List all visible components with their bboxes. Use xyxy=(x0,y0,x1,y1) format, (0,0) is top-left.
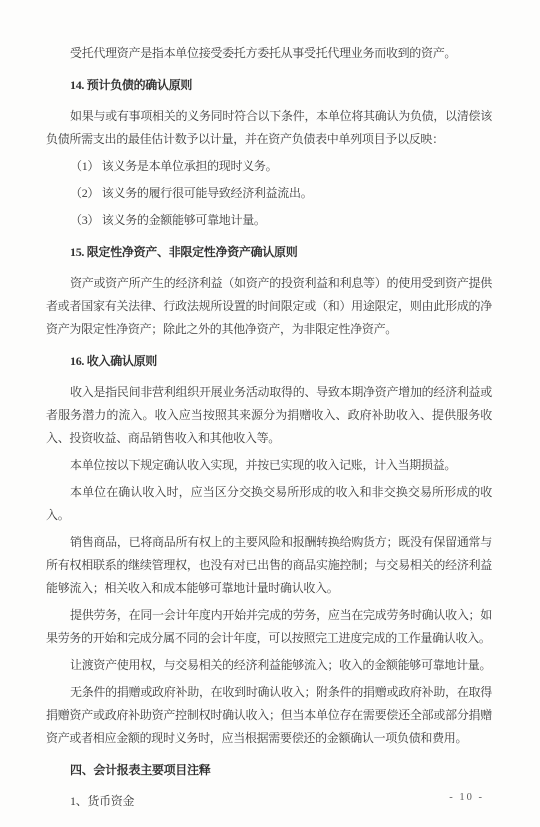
paragraph-revenue-definition: 收入是指民间非营利组织开展业务活动取得的、导致本期净资产增加的经济利益或者服务潜… xyxy=(46,381,492,450)
list-item-present-obligation: （1） 该义务是本单位承担的现时义务。 xyxy=(46,155,492,178)
paragraph-service-revenue: 提供劳务，在同一会计年度内开始并完成的劳务，应当在完成劳务时确认收入；如果劳务的… xyxy=(46,604,492,650)
paragraph-revenue-realization: 本单位按以下规定确认收入实现，并按已实现的收入记账，计入当期损益。 xyxy=(46,454,492,477)
scanned-document-page: 受托代理资产是指本单位接受委托方委托从事受托代理业务而收到的资产。 14. 预计… xyxy=(0,0,540,827)
paragraph-liability-conditions: 如果与或有事项相关的义务同时符合以下条件，本单位将其确认为负债，以清偿该负债所需… xyxy=(46,105,492,151)
paragraph-asset-use-rights: 让渡资产使用权，与交易相关的经济利益能够流入；收入的金额能够可靠地计量。 xyxy=(46,654,492,677)
heading-14-estimated-liabilities: 14. 预计负债的确认原则 xyxy=(46,74,492,97)
document-body: 受托代理资产是指本单位接受委托方委托从事受托代理业务而收到的资产。 14. 预计… xyxy=(46,42,492,813)
heading-section-4-report-notes: 四、会计报表主要项目注释 xyxy=(46,759,492,782)
paragraph-donations-subsidies: 无条件的捐赠或政府补助，在收到时确认收入；附条件的捐赠或政府补助，在取得捐赠资产… xyxy=(46,681,492,750)
subheading-1-monetary-funds: 1、货币资金 xyxy=(46,790,492,813)
list-item-reliable-measurement: （3） 该义务的金额能够可靠地计量。 xyxy=(46,209,492,232)
page-number: - 10 - xyxy=(449,792,484,803)
heading-16-revenue-recognition: 16. 收入确认原则 xyxy=(46,350,492,373)
list-item-economic-outflow: （2） 该义务的履行很可能导致经济利益流出。 xyxy=(46,182,492,205)
heading-15-net-asset-recognition: 15. 限定性净资产、非限定性净资产确认原则 xyxy=(46,241,492,264)
paragraph-entrusted-agency-assets: 受托代理资产是指本单位接受委托方委托从事受托代理业务而收到的资产。 xyxy=(46,42,492,65)
paragraph-exchange-transactions: 本单位在确认收入时，应当区分交换交易所形成的收入和非交换交易所形成的收入。 xyxy=(46,481,492,527)
paragraph-goods-sales-recognition: 销售商品，已将商品所有权上的主要风险和报酬转换给购货方；既没有保留通常与所有权相… xyxy=(46,531,492,600)
paragraph-restricted-net-assets: 资产或资产所产生的经济利益（如资产的投资利益和利息等）的使用受到资产提供者或者国… xyxy=(46,272,492,341)
